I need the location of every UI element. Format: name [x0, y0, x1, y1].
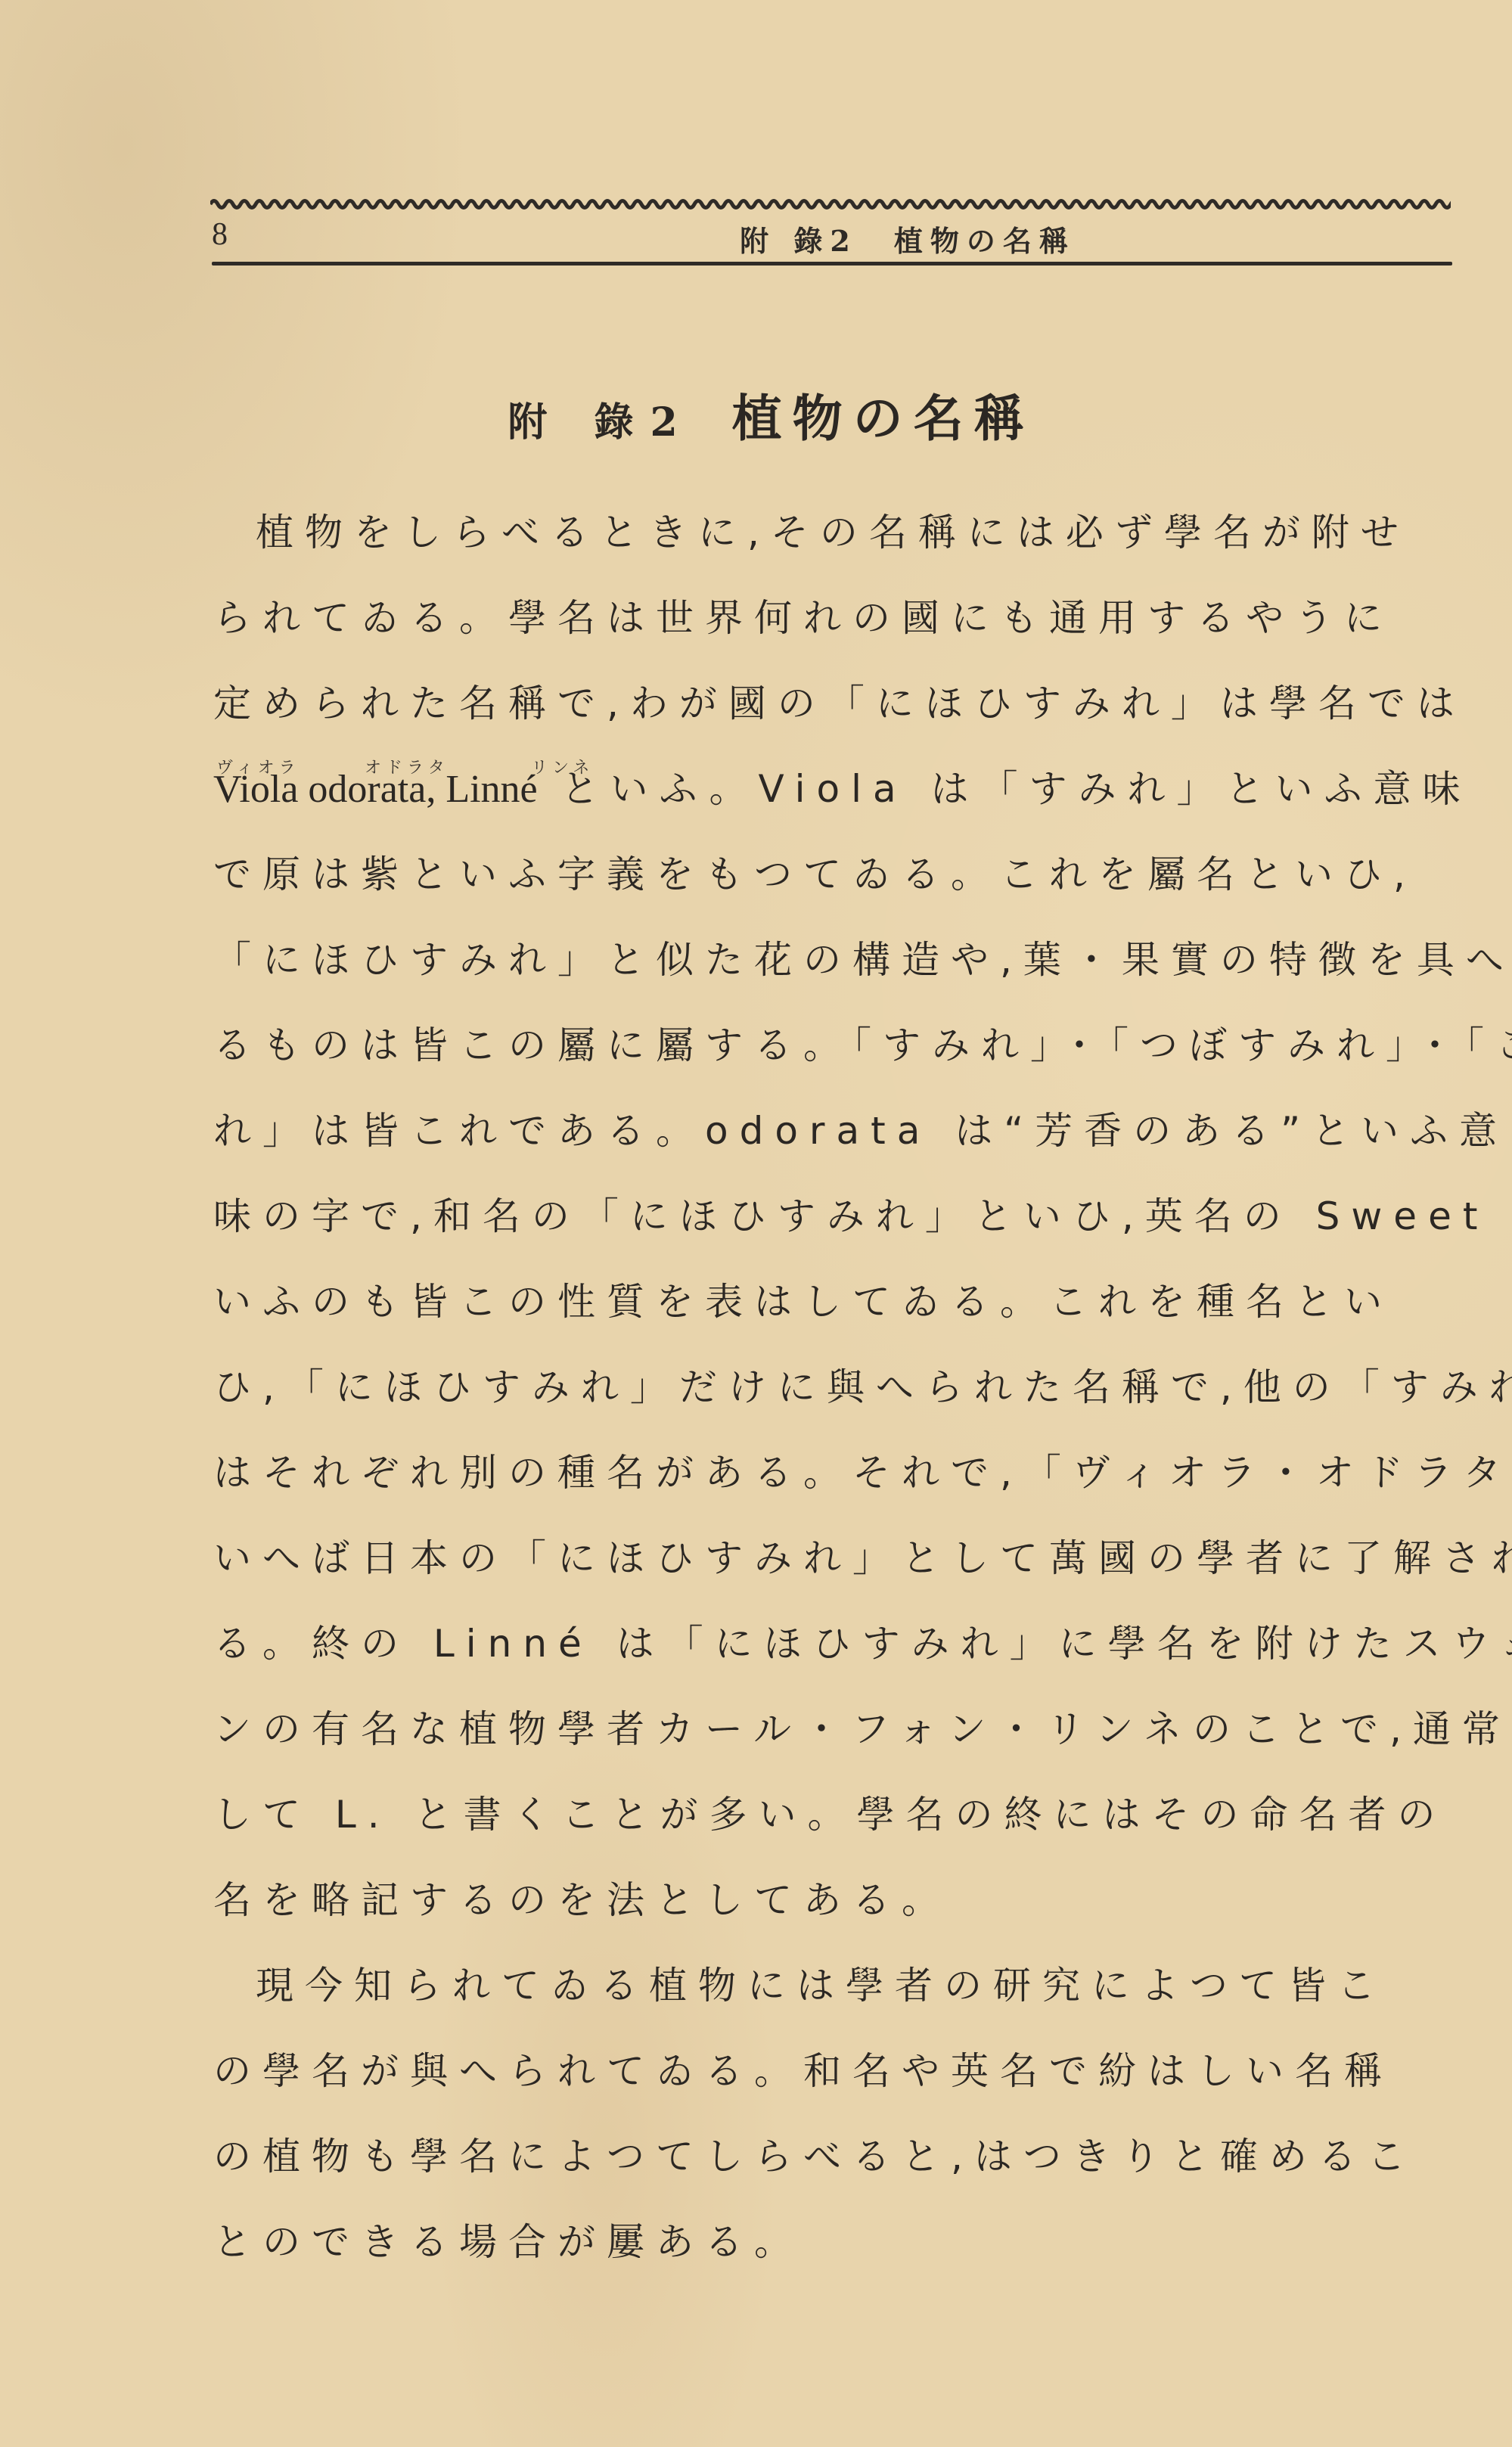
text-line: いふのも皆この性質を表はしてゐる。これを種名とい: [213, 1259, 1460, 1345]
body-text: 植物をしらべるときに,その名稱には必ず學名が附せ られてゐる。學名は世界何れの國…: [213, 490, 1460, 2285]
ruby-linne: リンネ: [531, 760, 594, 777]
header-rule: [212, 262, 1452, 266]
text-line: の植物も學名によつてしらべると,はつきりと確めるこ: [213, 2114, 1460, 2200]
text-line: るものは皆この屬に屬する。「すみれ」・「つぼすみれ」・「こすみ: [213, 1003, 1460, 1088]
text-line: して L. と書くことが多い。學名の終にはその命名者の: [213, 1772, 1460, 1858]
text-line: 現今知られてゐる植物には學者の研究によつて皆こ: [213, 1943, 1460, 2029]
title-text: 植物の名稱: [732, 389, 1035, 448]
text-line: の學名が與へられてゐる。和名や英名で紛はしい名稱: [213, 2029, 1460, 2114]
text-line: 味の字で,和名の「にほひすみれ」といひ,英名の Sweet violet と: [213, 1174, 1460, 1259]
section-title: 附 錄2植物の名稱: [0, 378, 1512, 450]
appendix-label: 附 錄2: [508, 399, 694, 446]
ruby-viola: ヴィオラ: [216, 760, 300, 777]
running-head-title: 附 錄2 植物の名稱: [212, 218, 1452, 259]
text-line: れ」は皆これである。odorata は“芳香のある”といふ意: [213, 1088, 1460, 1174]
text-line: で原は紫といふ字義をもつてゐる。これを屬名といひ,: [213, 832, 1460, 918]
text-line: ひ,「にほひすみれ」だけに與へられた名稱で,他の「すみれ」に: [213, 1345, 1460, 1430]
text-line-with-ruby: ヴィオラ オドラタ リンネ Viola odorata, Linné といふ。V…: [213, 747, 1460, 832]
text-line: 名を略記するのを法としてある。: [213, 1858, 1460, 1943]
text-line: 「にほひすみれ」と似た花の構造や,葉・果實の特徴を具へてゐ: [213, 918, 1460, 1003]
ruby-odorata: オドラタ: [365, 760, 449, 777]
text-line-rest: といふ。Viola は「すみれ」といふ意味: [561, 767, 1472, 811]
text-line: いへば日本の「にほひすみれ」として萬國の學者に了解され: [213, 1516, 1460, 1601]
text-line: られてゐる。學名は世界何れの國にも通用するやうに: [213, 576, 1460, 661]
text-line: る。終の Linné は「にほひすみれ」に學名を附けたスウェーデ: [213, 1601, 1460, 1687]
text-line: ンの有名な植物學者カール・フォン・リンネのことで,通常略: [213, 1687, 1460, 1772]
text-line: はそれぞれ別の種名がある。それで,「ヴィオラ・オドラタ」と: [213, 1430, 1460, 1516]
running-header: 8 附 錄2 植物の名稱: [212, 213, 1452, 259]
text-line: とのできる場合が屢ある。: [213, 2200, 1460, 2285]
book-page: 8 附 錄2 植物の名稱 附 錄2植物の名稱 植物をしらべるときに,その名稱には…: [0, 0, 1512, 2447]
text-line: 植物をしらべるときに,その名稱には必ず學名が附せ: [213, 490, 1460, 576]
wavy-rule-ornament: [210, 195, 1451, 213]
text-line: 定められた名稱で,わが國の「にほひすみれ」は學名では: [213, 661, 1460, 747]
